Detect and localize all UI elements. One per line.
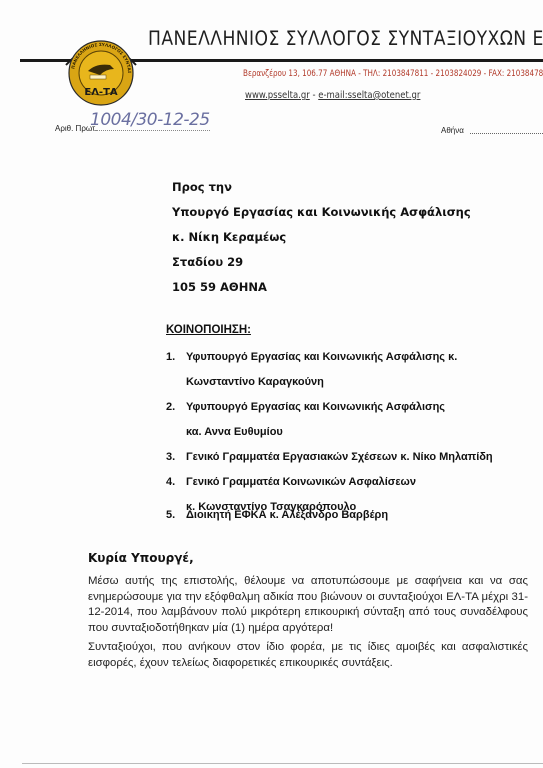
place-label: Αθήνα	[441, 126, 464, 135]
cc-item-line: Διοικητή ΕΦΚΑ κ. Αλέξανδρο Βαρβέρη	[186, 509, 388, 521]
cc-heading: ΚΟΙΝΟΠΟΙΗΣΗ:	[166, 324, 251, 336]
cc-item-line: κα. Αννα Ευθυμίου	[186, 426, 283, 438]
recipient-line: 105 59 ΑΘΗΝΑ	[172, 280, 267, 294]
web-contact: www.psselta.gr - e-mail:sselta@otenet.gr	[245, 90, 420, 101]
cc-item-line: Κωνσταντίνο Καραγκούνη	[186, 376, 324, 388]
union-seal-logo-icon: ΕΛ-ΤΑ ΠΑΝΕΛΛΗΝΙΟΣ ΣΥΛΛΟΓΟΣ ΣΥΝΤΑΞΙΟΥΧΩΝ	[62, 35, 140, 107]
email-link[interactable]: e-mail:sselta@otenet.gr	[318, 90, 420, 101]
body-paragraph: Μέσω αυτής της επιστολής, θέλουμε να απο…	[88, 574, 528, 636]
date-blank	[470, 124, 543, 134]
cc-number: 2.	[166, 401, 175, 413]
cc-number: 1.	[166, 351, 175, 363]
website-link[interactable]: www.psselta.gr	[245, 90, 310, 101]
contact-info: Βερανζέρου 13, 106.77 ΑΘΗΝΑ - ΤΗΛ: 21038…	[243, 69, 543, 79]
recipient-line: Υπουργό Εργασίας και Κοινωνικής Ασφάλιση…	[172, 205, 471, 219]
recipient-line: Σταδίου 29	[172, 255, 243, 269]
cc-number: 4.	[166, 476, 175, 488]
svg-text:ΕΛ-ΤΑ: ΕΛ-ΤΑ	[84, 87, 118, 98]
cc-item-line: Υφυπουργό Εργασίας και Κοινωνικής Ασφάλι…	[186, 401, 445, 413]
cc-number: 3.	[166, 451, 175, 463]
cc-item-line: Γενικό Γραμματέα Κοινωνικών Ασφαλίσεων	[186, 476, 416, 488]
page-edge-line	[22, 763, 543, 764]
protocol-number: 1004/30-12-25	[90, 110, 210, 131]
cc-item-line: Υφυπουργό Εργασίας και Κοινωνικής Ασφάλι…	[186, 351, 457, 363]
recipient-line: Προς την	[172, 180, 232, 194]
organization-title: ΠΑΝΕΛΛΗΝΙΟΣ ΣΥΛΛΟΓΟΣ ΣΥΝΤΑΞΙΟΥΧΩΝ ΕΛ-ΤΑ	[148, 27, 496, 50]
body-paragraph: Συνταξιούχοι, που ανήκουν στον ίδιο φορέ…	[88, 640, 528, 671]
salutation: Κυρία Υπουργέ,	[88, 551, 194, 565]
separator: -	[310, 90, 318, 101]
recipient-line: κ. Νίκη Κεραμέως	[172, 230, 286, 244]
cc-item-line: Γενικό Γραμματέα Εργασιακών Σχέσεων κ. Ν…	[186, 451, 493, 463]
cc-number: 5.	[166, 509, 175, 521]
